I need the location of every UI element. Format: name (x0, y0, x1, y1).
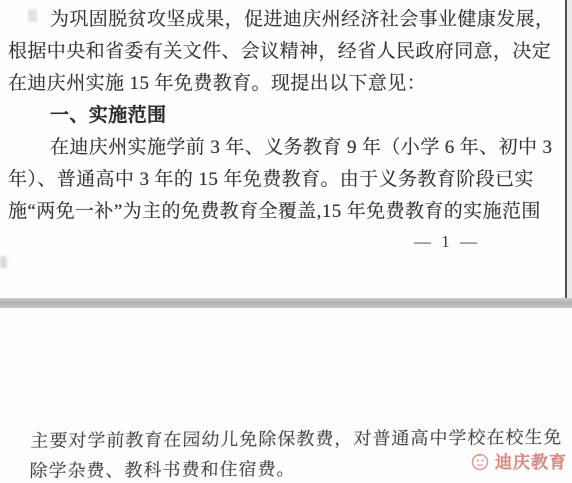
diqing-education-logo-icon (469, 450, 491, 472)
page-number: — 1 — (8, 228, 572, 256)
paragraph-line: 施“两免一补”为主的免费教育全覆盖,15 年免费教育的实施范围 (8, 196, 572, 228)
paragraph-line: 在迪庆州实施学前 3 年、义务教育 9 年（小学 6 年、初中 3 (8, 132, 572, 164)
paragraph-line: 为巩固脱贫攻坚成果，促进迪庆州经济社会事业健康发展， (8, 4, 572, 36)
page-edge-line (565, 0, 567, 298)
document-page-2: 主要对学前教育在园幼儿免除保教费，对普通高中学校在校生免 除学杂费、教科书费和住… (0, 308, 572, 483)
scanned-document-screenshot: 为巩固脱贫攻坚成果，促进迪庆州经济社会事业健康发展， 根据中央和省委有关文件、会… (0, 0, 572, 483)
page-separator-bar (0, 298, 572, 308)
scan-artifact (28, 9, 37, 22)
paragraph-line: 根据中央和省委有关文件、会议精神，经省人民政府同意，决定 (8, 36, 572, 68)
watermark: 迪庆教育 (469, 448, 567, 473)
page-edge-margin (567, 0, 572, 298)
paragraph-line: 年）、普通高中 3 年的 15 年免费教育。由于义务教育阶段已实 (8, 164, 572, 196)
scan-artifact (0, 256, 7, 268)
document-page-1: 为巩固脱贫攻坚成果，促进迪庆州经济社会事业健康发展， 根据中央和省委有关文件、会… (0, 0, 572, 298)
section-heading: 一、实施范围 (8, 100, 572, 132)
paragraph-line: 在迪庆州实施 15 年免费教育。现提出以下意见： (8, 68, 572, 100)
watermark-label: 迪庆教育 (495, 448, 567, 473)
